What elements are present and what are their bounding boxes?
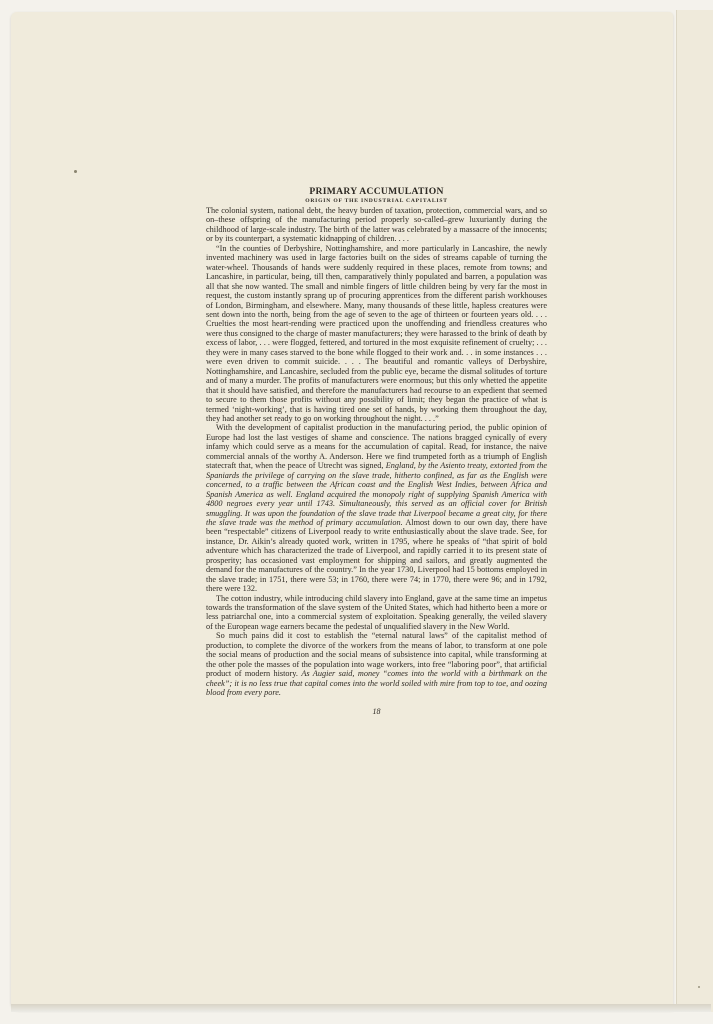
page-title: PRIMARY ACCUMULATION	[206, 186, 547, 197]
page-text-block: PRIMARY ACCUMULATION ORIGIN OF THE INDUS…	[206, 186, 547, 716]
paper-speck	[698, 986, 700, 988]
page-bottom-shadow	[11, 1004, 711, 1012]
paragraph-text: The cotton industry, while introducing c…	[206, 594, 547, 631]
paragraph-5: So much pains did it cost to establish t…	[206, 631, 547, 697]
paragraph-text: The colonial system, national debt, the …	[206, 206, 547, 243]
paragraph-4: The cotton industry, while introducing c…	[206, 594, 547, 632]
page-subtitle: ORIGIN OF THE INDUSTRIAL CAPITALIST	[206, 197, 547, 205]
paragraph-text: “In the counties of Derbyshire, Nottingh…	[206, 244, 547, 423]
paragraph-2: “In the counties of Derbyshire, Nottingh…	[206, 244, 547, 424]
paragraph-1: The colonial system, national debt, the …	[206, 206, 547, 244]
paper-speck	[74, 170, 77, 173]
paragraph-text: Almost down to our own day, there have b…	[206, 518, 547, 593]
paragraph-3: With the development of capitalist produ…	[206, 423, 547, 593]
page-number: 18	[206, 707, 547, 716]
adjacent-page-edge	[676, 10, 713, 1012]
